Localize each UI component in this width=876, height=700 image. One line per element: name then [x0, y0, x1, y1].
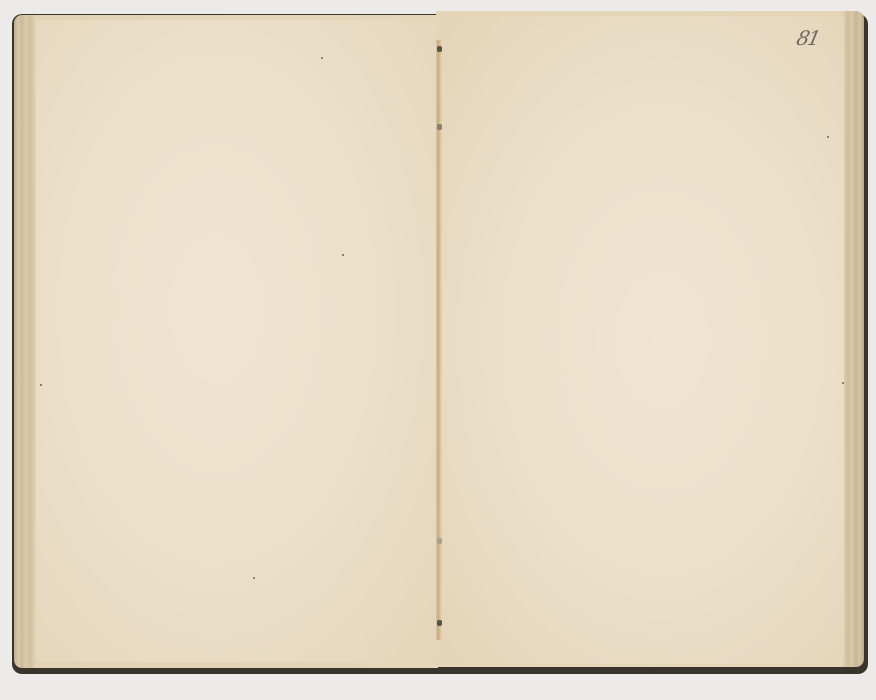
left-page [36, 20, 438, 662]
binding-stitch [437, 620, 442, 626]
open-notebook: 81 [0, 0, 876, 700]
paper-speck [342, 254, 344, 256]
paper-speck [321, 57, 323, 59]
binding-stitch [437, 538, 442, 544]
paper-speck [827, 136, 829, 138]
paper-speck [40, 384, 42, 386]
paper-speck [842, 382, 844, 384]
binding-stitch [437, 124, 442, 130]
binding-stitch [437, 46, 442, 52]
paper-speck [253, 577, 255, 579]
book-gutter [436, 40, 442, 640]
right-page [440, 16, 844, 664]
